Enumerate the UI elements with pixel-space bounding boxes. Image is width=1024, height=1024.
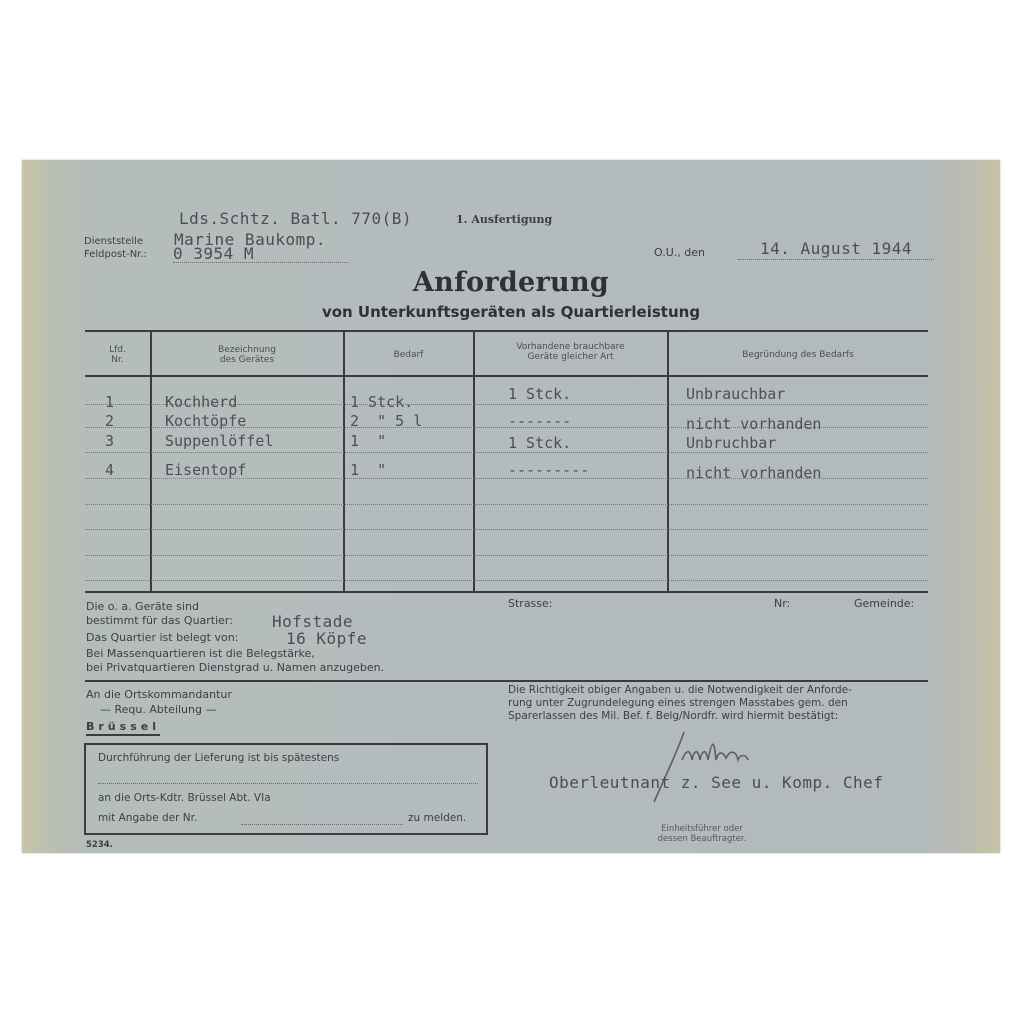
delivery-line2: an die Orts-Kdtr. Brüssel Abt. VIa (98, 792, 271, 804)
col-header-available: Vorhandene brauchbare Geräte gleicher Ar… (474, 342, 667, 362)
place-label: O.U., den (654, 246, 705, 259)
col-divider (473, 331, 475, 592)
signer-caption: Einheitsführer oder dessen Beauftragter. (642, 824, 762, 844)
row-reason: Unbrauchbar (686, 385, 785, 403)
recipient-line2: — Requ. Abteilung — (100, 703, 216, 716)
row-available: --------- (508, 461, 589, 479)
col-divider (150, 331, 152, 592)
row-need: 1 Stck. (350, 393, 413, 411)
row-rule (85, 580, 928, 581)
feldpost-value: 0 3954 M (173, 244, 349, 263)
row-item: Kochtöpfe (165, 412, 246, 430)
row-available: 1 Stck. (508, 385, 571, 403)
row-rule (85, 452, 928, 453)
col-divider (667, 331, 669, 592)
occupancy-label: Das Quartier ist belegt von: (86, 631, 238, 644)
row-reason: nicht vorhanden (686, 415, 821, 433)
copy-label: 1. Ausfertigung (456, 213, 552, 226)
col-header-item: Bezeichnung des Gerätes (151, 345, 343, 365)
col-header-need: Bedarf (344, 350, 473, 360)
recipient-line1: An die Ortskommandantur (86, 688, 232, 701)
row-available: ------- (508, 412, 571, 430)
signature (642, 720, 802, 810)
house-nr-label: Nr: (774, 597, 790, 610)
col-divider (343, 331, 345, 592)
col-header-reason: Begründung des Bedarfs (668, 350, 928, 360)
row-nr: 4 (105, 461, 114, 479)
quarter-label: bestimmt für das Quartier: (86, 614, 233, 627)
page-title: Anforderung (22, 267, 1000, 298)
row-rule (85, 555, 928, 556)
quarter-line1: Die o. a. Geräte sind (86, 600, 199, 613)
row-nr: 1 (105, 393, 114, 411)
delivery-number-field[interactable] (241, 824, 403, 825)
page-subtitle: von Unterkunftsgeräten als Quartierleist… (22, 303, 1000, 321)
row-reason: nicht vorhanden (686, 464, 821, 482)
feldpost-label: Feldpost-Nr.: (84, 249, 147, 260)
row-item: Suppenlöffel (165, 432, 273, 450)
section-rule (85, 680, 928, 682)
quarter-note1: Bei Massenquartieren ist die Belegstärke… (86, 647, 315, 660)
row-need: 1 " (350, 461, 386, 479)
delivery-date-field[interactable] (98, 783, 478, 784)
quarter-note2: bei Privatquartieren Dienstgrad u. Namen… (86, 661, 384, 674)
row-available: 1 Stck. (508, 434, 571, 452)
signer-title: Oberleutnant z. See u. Komp. Chef (549, 773, 883, 792)
row-rule (85, 504, 928, 505)
recipient-city: Brüssel (86, 720, 160, 736)
requisition-form: Lds.Schtz. Batl. 770(B) 1. Ausfertigung … (22, 160, 1000, 853)
unit-line: Lds.Schtz. Batl. 770(B) (179, 209, 412, 228)
row-rule (85, 529, 928, 530)
table-header-rule (85, 375, 928, 377)
delivery-box: Durchführung der Lieferung ist bis späte… (84, 743, 488, 835)
confirmation-text: Die Richtigkeit obiger Angaben u. die No… (508, 684, 938, 723)
col-header-nr: Lfd. Nr. (85, 345, 150, 365)
row-item: Eisentopf (165, 461, 246, 479)
dienststelle-label: Dienststelle (84, 236, 143, 247)
delivery-line1: Durchführung der Lieferung ist bis späte… (98, 752, 339, 764)
date-value: 14. August 1944 (738, 239, 934, 260)
delivery-line3-suffix: zu melden. (408, 812, 466, 824)
form-number: 5234. (86, 840, 113, 850)
row-item: Kochherd (165, 393, 237, 411)
community-label: Gemeinde: (854, 597, 914, 610)
row-need: 2 " 5 l (350, 412, 422, 430)
table-top-rule (85, 330, 928, 332)
street-label: Strasse: (508, 597, 553, 610)
row-reason: Unbruchbar (686, 434, 776, 452)
delivery-line3-prefix: mit Angabe der Nr. (98, 812, 197, 824)
table-bottom-rule (85, 591, 928, 593)
occupancy-value: 16 Köpfe (286, 629, 367, 648)
row-need: 1 " (350, 432, 386, 450)
row-nr: 3 (105, 432, 114, 450)
row-nr: 2 (105, 412, 114, 430)
